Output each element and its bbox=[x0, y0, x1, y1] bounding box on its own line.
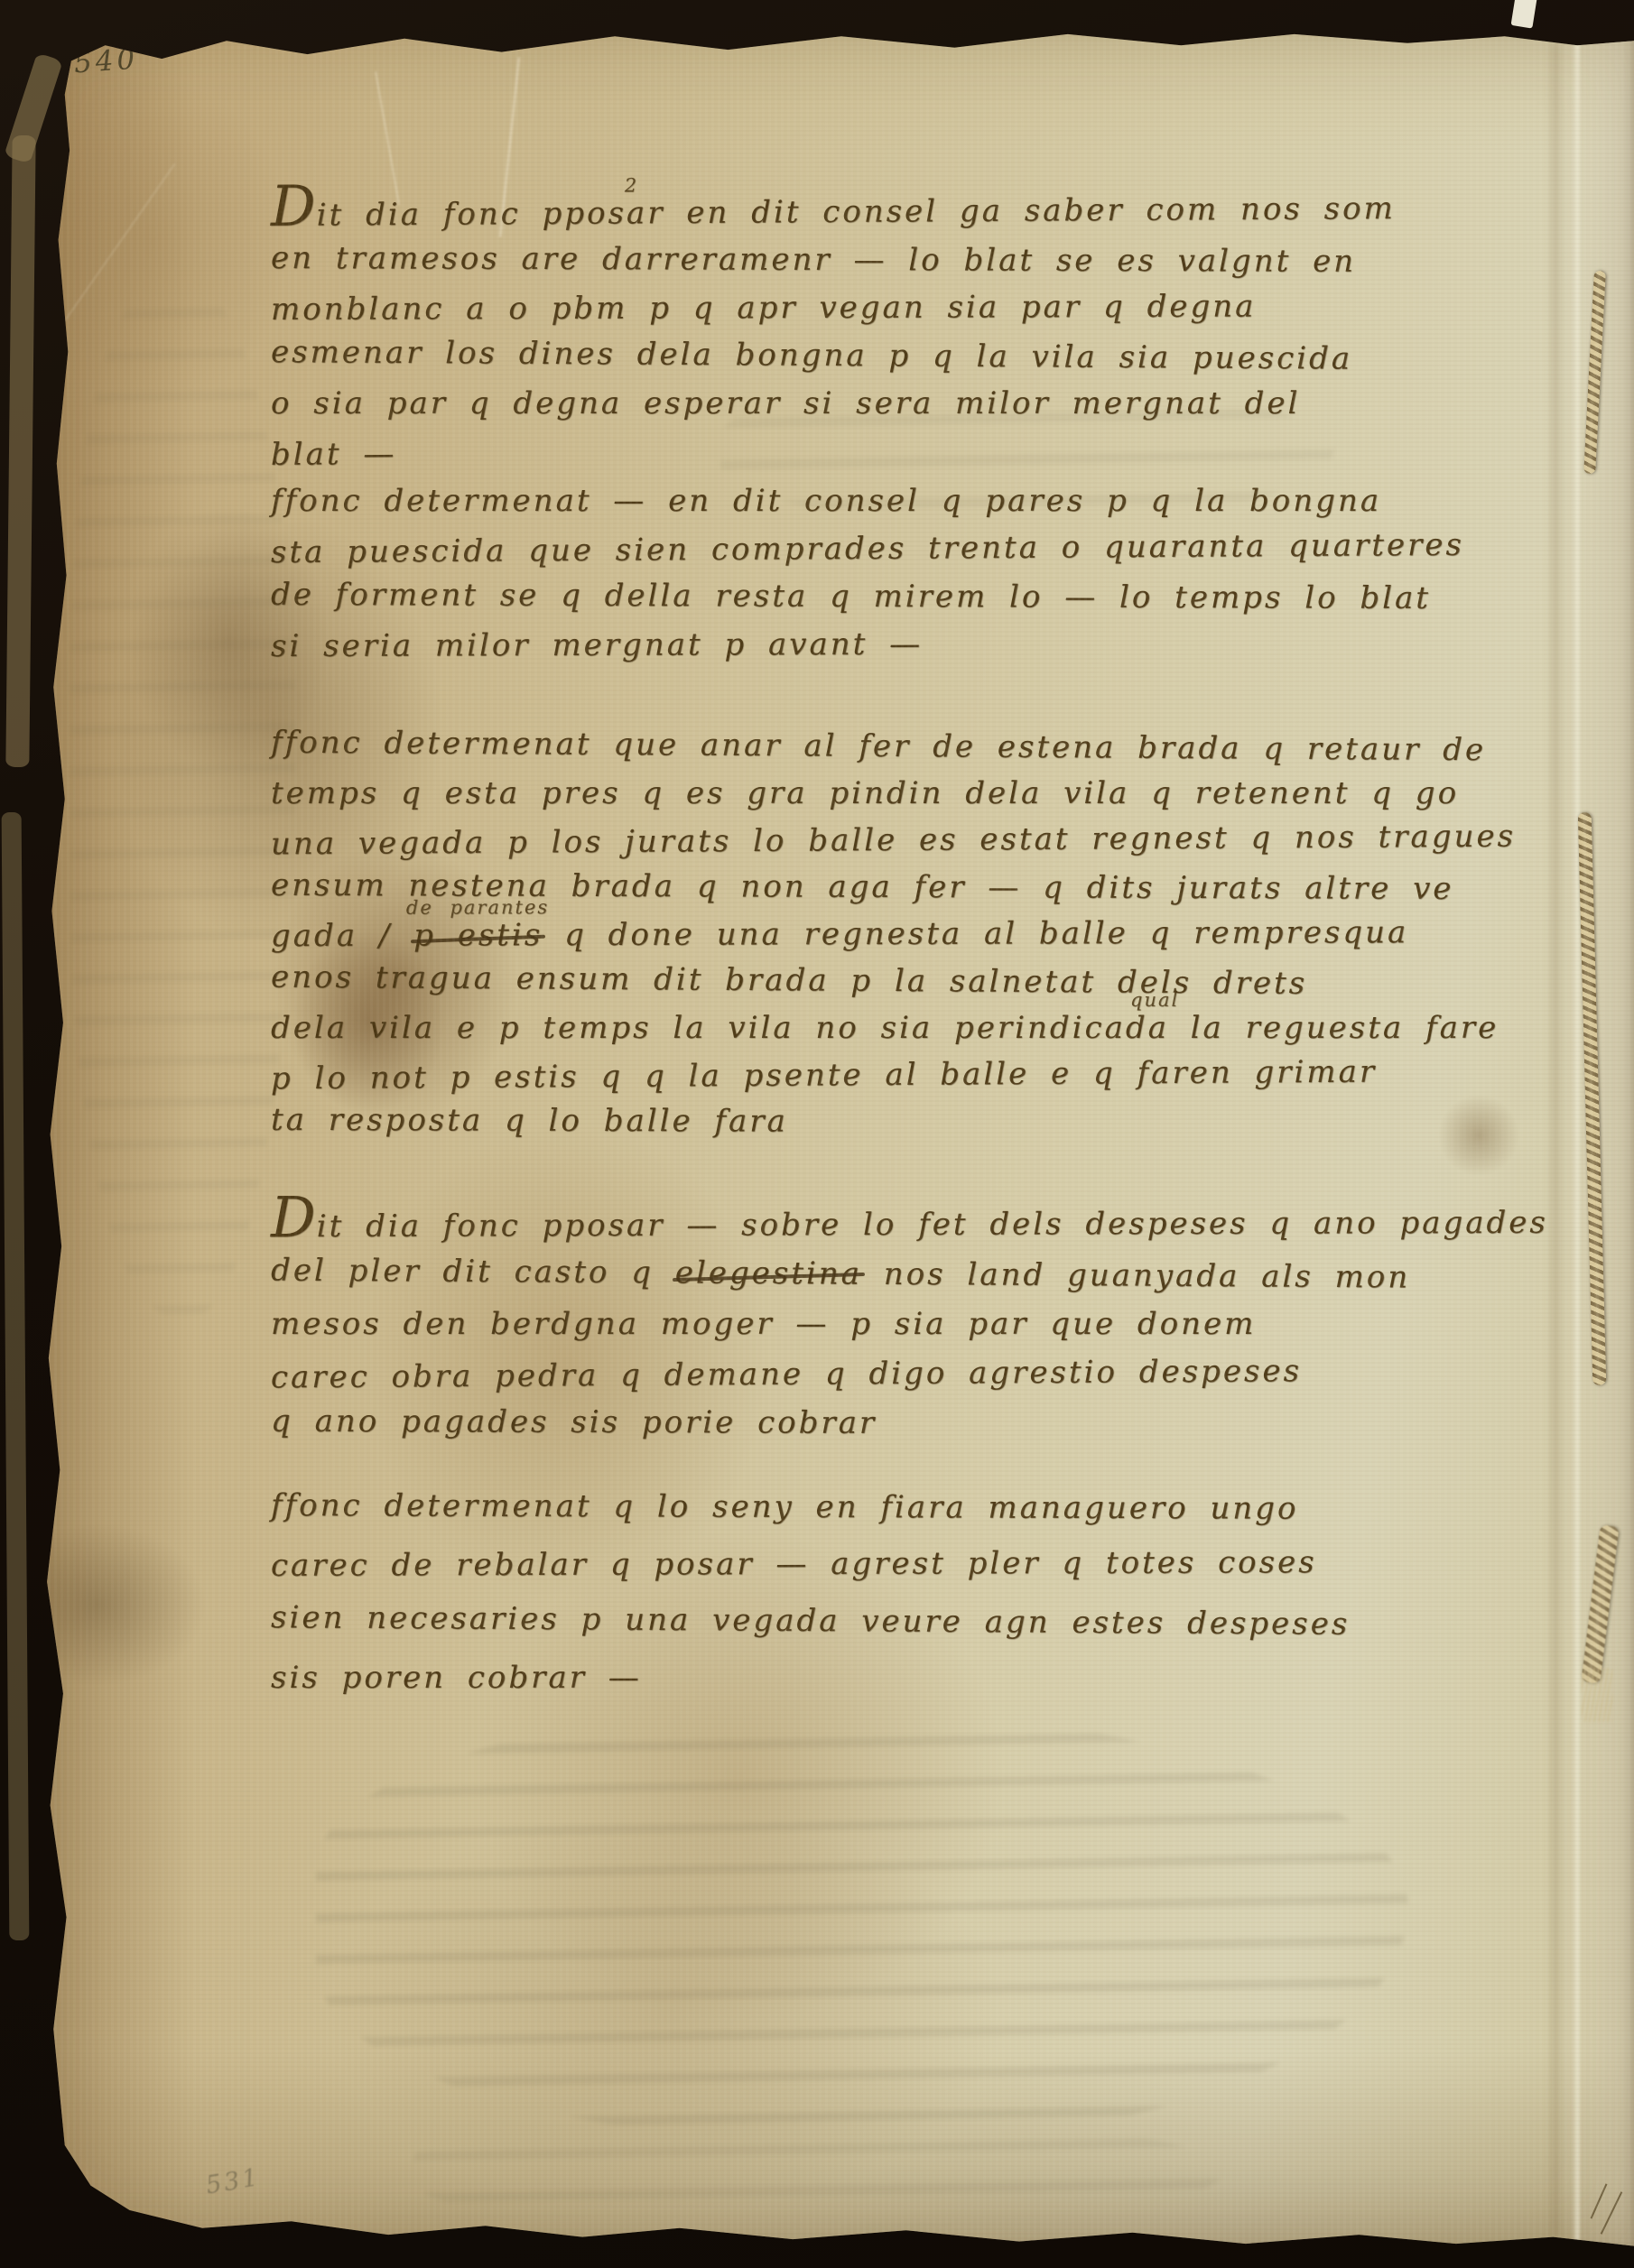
manuscript-line: temps q esta pres q es gra pindin dela v… bbox=[271, 775, 1516, 822]
text-segment: del pler dit casto q bbox=[271, 1253, 675, 1291]
manuscript-line: o sia par q degna esperar si sera milor … bbox=[271, 385, 1396, 433]
manuscript-page: 540 531 Dit dia fonc pposar en dit conse… bbox=[16, 16, 1634, 2253]
struck-text: elegestina bbox=[675, 1254, 862, 1291]
manuscript-line: de forment se q della resta q mirem lo —… bbox=[271, 577, 1464, 628]
ink-bleedthrough bbox=[70, 278, 296, 1316]
paragraph: Dit dia fonc pposar en dit consel ga sab… bbox=[271, 194, 1396, 481]
manuscript-line: en tramesos are darreramenr — lo blat se… bbox=[271, 240, 1396, 292]
pen-trial-mark bbox=[1601, 2191, 1623, 2235]
manuscript-line: del pler dit casto q elegestina nos land… bbox=[271, 1253, 1548, 1310]
text-segment: monblanc a o pbm p q apr vegan sia par q… bbox=[271, 289, 1257, 328]
text-segment: p lo not p estis q q la psente al balle … bbox=[271, 1054, 1377, 1097]
manuscript-line: Dit dia fonc pposar — sobre lo fet dels … bbox=[271, 1205, 1548, 1258]
gutter-fold-highlight bbox=[1574, 39, 1580, 2241]
manuscript-line: p lo not p estis q q la psente al balle … bbox=[271, 1053, 1516, 1108]
manuscript-line: blat — bbox=[271, 430, 1396, 485]
text-segment: q done una regnesta al balle q rempresqu… bbox=[543, 914, 1408, 953]
underlying-page-edge bbox=[2, 812, 30, 1940]
paragraph: Dit dia fonc pposar — sobre lo fet dels … bbox=[271, 1207, 1548, 1455]
text-segment: si seria milor mergnat p avant — bbox=[271, 626, 923, 664]
manuscript-photo: 540 531 Dit dia fonc pposar en dit conse… bbox=[0, 0, 1634, 2268]
text-segment: sis poren cobrar — bbox=[271, 1660, 642, 1696]
text-segment: mesos den berdgna moger — p sia par que … bbox=[271, 1306, 1256, 1342]
text-segment: ta resposta q lo balle fara bbox=[271, 1102, 788, 1140]
text-segment: gada / bbox=[271, 918, 413, 954]
binding-thread bbox=[1581, 1524, 1619, 1683]
manuscript-line: Dit dia fonc pposar en dit consel ga sab… bbox=[271, 190, 1396, 245]
manuscript-line: mesos den berdgna moger — p sia par que … bbox=[271, 1306, 1548, 1356]
text-segment: carec obra pedra q demane q digo agresti… bbox=[271, 1353, 1302, 1395]
underlying-page-edge bbox=[4, 52, 63, 163]
manuscript-line: ta resposta q lo balle fara bbox=[271, 1102, 1516, 1153]
underlying-page-edge bbox=[5, 135, 35, 767]
text-segment: dela vila e p temps la vila no sia perin… bbox=[271, 1010, 1499, 1046]
text-segment: sien necesaries p una vegada veure agn e… bbox=[271, 1599, 1350, 1643]
text-segment: en tramesos are darreramenr — lo blat se… bbox=[271, 240, 1356, 280]
manuscript-line: gada / p estis q done una regnesta al ba… bbox=[271, 914, 1516, 965]
ink-bleedthrough bbox=[413, 2119, 1226, 2227]
folio-number-top: 540 bbox=[73, 43, 140, 80]
text-segment: o sia par q degna esperar si sera milor … bbox=[271, 385, 1300, 421]
manuscript-line: esmenar los dines dela bongna p q la vil… bbox=[271, 334, 1396, 389]
interlinear-insertion: qual bbox=[1130, 989, 1179, 1011]
text-segment: sta puescida que sien comprades trenta o… bbox=[271, 527, 1464, 570]
manuscript-line: si seria milor mergnat p avant — bbox=[271, 625, 1464, 676]
manuscript-line: ffonc determenat — en dit consel q pares… bbox=[271, 483, 1464, 531]
text-segment: temps q esta pres q es gra pindin dela v… bbox=[271, 775, 1459, 811]
paragraph: ffonc determenat — en dit consel q pares… bbox=[271, 483, 1464, 674]
text-segment: q ano pagades sis porie cobrar bbox=[271, 1403, 877, 1441]
text-segment: Dit dia fonc pposar en dit consel ga sab… bbox=[271, 190, 1396, 234]
text-segment: una vegada p los jurats lo balle es esta… bbox=[271, 819, 1516, 863]
manuscript-line: carec obra pedra q demane q digo agresti… bbox=[271, 1352, 1548, 1410]
struck-text: p estis bbox=[413, 917, 543, 953]
manuscript-line: monblanc a o pbm p q apr vegan sia par q… bbox=[271, 288, 1396, 339]
drop-capital: D bbox=[271, 1184, 317, 1250]
text-segment: ffonc determenat q lo seny en fiara mana… bbox=[271, 1487, 1299, 1527]
binding-thread bbox=[1583, 271, 1606, 474]
paper-crease bbox=[375, 71, 400, 205]
manuscript-line: ffonc determenat que anar al fer de este… bbox=[271, 725, 1516, 780]
manuscript-line: ffonc determenat q lo seny en fiara mana… bbox=[271, 1487, 1350, 1548]
text-segment: blat — bbox=[271, 436, 397, 473]
paragraph: ffonc determenat que anar al fer de este… bbox=[271, 728, 1516, 1151]
manuscript-line: q ano pagades sis porie cobrar bbox=[271, 1403, 1548, 1457]
text-segment: nos land guanyada als mon bbox=[862, 1256, 1410, 1296]
text-segment: ffonc determenat que anar al fer de este… bbox=[271, 725, 1486, 768]
binding-thread-fray bbox=[1582, 1668, 1612, 1722]
pen-trial-mark bbox=[1591, 2183, 1608, 2218]
text-segment: de forment se q della resta q mirem lo —… bbox=[271, 577, 1431, 616]
manuscript-line: sien necesaries p una vegada veure agn e… bbox=[271, 1599, 1351, 1663]
manuscript-line: sta puescida que sien comprades trenta o… bbox=[271, 527, 1464, 582]
binding-thread bbox=[1578, 812, 1607, 1385]
interlinear-insertion: de parantes bbox=[406, 896, 549, 918]
ink-bleedthrough bbox=[316, 1715, 1408, 2139]
drop-capital: D bbox=[271, 173, 317, 239]
gutter-fold-shadow bbox=[1551, 43, 1560, 2236]
folio-number-bottom: 531 bbox=[204, 2163, 263, 2199]
manuscript-line: carec de rebalar q posar — agrest pler q… bbox=[271, 1544, 1350, 1605]
paragraph: ffonc determenat q lo seny en fiara mana… bbox=[271, 1489, 1350, 1717]
text-segment: carec de rebalar q posar — agrest pler q… bbox=[271, 1544, 1317, 1584]
manuscript-line: dela vila e p temps la vila no sia perin… bbox=[271, 1010, 1516, 1057]
manuscript-line: sis poren cobrar — bbox=[271, 1660, 1350, 1717]
paper-crease bbox=[40, 163, 176, 356]
text-segment: ffonc determenat — en dit consel q pares… bbox=[271, 483, 1381, 519]
manuscript-line: enos tragua ensum dit brada p la salneta… bbox=[271, 959, 1516, 1014]
paper-notch bbox=[1511, 0, 1539, 29]
text-segment: esmenar los dines dela bongna p q la vil… bbox=[271, 334, 1352, 377]
text-segment: Dit dia fonc pposar — sobre lo fet dels … bbox=[271, 1205, 1548, 1245]
manuscript-line: una vegada p los jurats lo balle es esta… bbox=[271, 819, 1516, 874]
interlinear-insertion: 2 bbox=[625, 174, 639, 196]
